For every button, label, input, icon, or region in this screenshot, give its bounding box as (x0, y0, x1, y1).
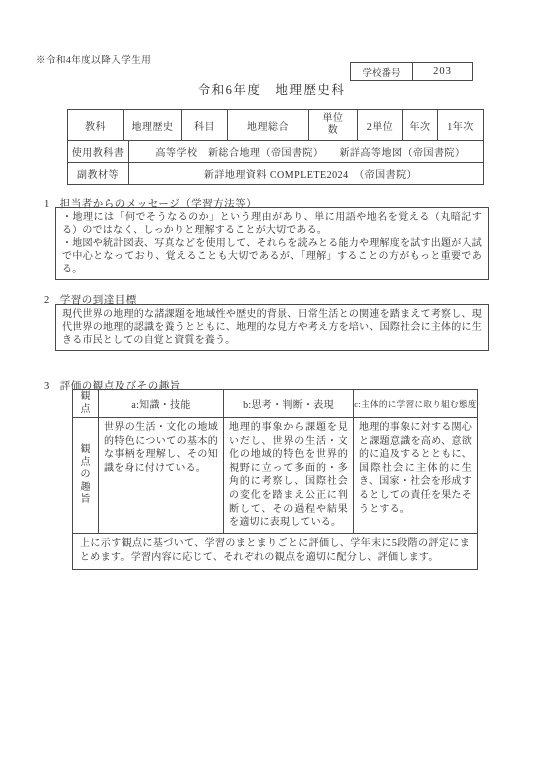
evaluation-row-label: 観点の趣旨 (80, 444, 91, 507)
evaluation-header-row: 観点 a:知識・技能 b:思考・判断・表現 c:主体的に学習に取り組む態度 (73, 390, 477, 418)
message-bullet-2: ・地図や統計図表、写真などを使用して、それらを読みとる能力や理解度を試す出題が入… (62, 237, 482, 276)
evaluation-header-b: b:思考・判断・表現 (224, 390, 354, 417)
textbook-label-cell: 使用教科書 (68, 141, 129, 162)
evaluation-body-row: 観点の趣旨 世界の生活・文化の地域的特色についての基本的な事柄を理解し、その知識… (73, 418, 477, 534)
section-evaluation-number: 3 (44, 381, 50, 392)
applicable-students-note: ※令和4年度以降入学生用 (36, 52, 151, 66)
credits-label-cell: 単位数 (309, 110, 358, 140)
evaluation-header-a: a:知識・技能 (99, 390, 224, 417)
section-message-number: 1 (44, 199, 50, 210)
page-title: 令和6年度 地理歴史科 (0, 80, 543, 98)
goal-body: 現代世界の地理的な諸課題を地域性や歴史的背景、日常生活との関連を踏まえて考察し、… (62, 308, 482, 347)
course-info-row-main: 教科 地理歴史 科目 地理総合 単位数 2単位 年次 1年次 (68, 110, 483, 141)
section-goal-number: 2 (44, 295, 50, 306)
evaluation-row-label-cell: 観点の趣旨 (73, 418, 99, 533)
course-info-row-textbook: 使用教科書 高等学校 新総合地理（帝国書院） 新詳高等地図（帝国書院） (68, 141, 483, 163)
evaluation-footnote: 上に示す観点に基づいて、学習のまとまりごとに評価し、学年末に5段階の評定にまとめ… (73, 534, 477, 569)
course-value-cell: 地理総合 (228, 110, 309, 140)
syllabus-document-page: ※令和4年度以降入学生用 学校番号 203 令和6年度 地理歴史科 教科 地理歴… (0, 0, 543, 768)
year-value-cell: 1年次 (438, 110, 483, 140)
course-label-cell: 科目 (182, 110, 228, 140)
school-number-value: 203 (413, 63, 472, 80)
course-info-row-supplement: 副教材等 新詳地理資料 COMPLETE2024 （帝国書院） (68, 163, 483, 184)
supplement-label-cell: 副教材等 (68, 163, 129, 184)
evaluation-corner-label: 観点 (80, 391, 91, 416)
school-number-box: 学校番号 203 (350, 62, 473, 81)
evaluation-body-a: 世界の生活・文化の地域的特色についての基本的な事柄を理解し、その知識を身に付けて… (99, 418, 224, 533)
subject-value-cell: 地理歴史 (124, 110, 182, 140)
course-info-table: 教科 地理歴史 科目 地理総合 単位数 2単位 年次 1年次 使用教科書 高等学… (67, 109, 484, 185)
evaluation-corner-cell: 観点 (73, 390, 99, 417)
subject-label-cell: 教科 (68, 110, 124, 140)
supplement-value-cell: 新詳地理資料 COMPLETE2024 （帝国書院） (129, 163, 483, 184)
school-number-label: 学校番号 (351, 63, 413, 80)
evaluation-table: 観点 a:知識・技能 b:思考・判断・表現 c:主体的に学習に取り組む態度 観点… (72, 389, 478, 570)
credits-value-cell: 2単位 (358, 110, 403, 140)
message-box: ・地理には「何でそうなるのか」という理由があり、単に用語や地名を覚える（丸暗記す… (55, 207, 489, 280)
evaluation-body-c: 地理的事象に対する関心と課題意識を高め、意欲的に追及するとともに、国際社会に主体… (354, 418, 477, 533)
evaluation-header-c: c:主体的に学習に取り組む態度 (354, 390, 477, 417)
year-label-cell: 年次 (403, 110, 438, 140)
evaluation-body-b: 地理的事象から課題を見いだし、世界の生活・文化の地域的特色を世界的視野に立って多… (224, 418, 354, 533)
textbook-value-cell: 高等学校 新総合地理（帝国書院） 新詳高等地図（帝国書院） (129, 141, 483, 162)
goal-box: 現代世界の地理的な諸課題を地域性や歴史的背景、日常生活との関連を踏まえて考察し、… (55, 304, 489, 351)
credits-label: 単位数 (322, 113, 344, 138)
message-bullet-1: ・地理には「何でそうなるのか」という理由があり、単に用語や地名を覚える（丸暗記す… (62, 211, 482, 237)
